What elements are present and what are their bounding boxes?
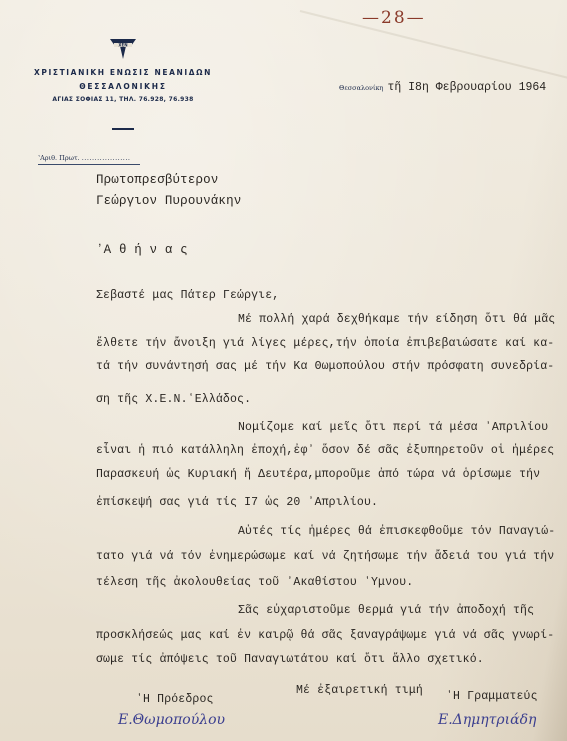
body-line: Μέ πολλή χαρά δεχθήκαμε τήν είδηση ὅτι θ… [238,313,555,326]
protocol-number-field: ʽΑριθ. Πρωτ. ................... [38,154,140,165]
body-line: σωμε τίς ἀπόψεις τοῦ Παναγιωτάτου καί ὅτ… [96,653,484,666]
protocol-dots: ................... [82,154,131,162]
body-line: Νομίζομε καί μεῖς ὅτι περί τά μέσα ʼΑπρι… [238,421,548,434]
salutation: Σεβαστέ μας Πάτερ Γεώργιε, [96,289,279,302]
date-city: Θεσσαλονίκη [339,84,383,92]
recipient-name: Γεώργιον Πυρουνάκην [96,194,241,208]
body-line: Αὐτές τίς ἡμέρες θά ἐπισκεφθοῦμε τόν Παν… [238,525,555,538]
signatory-left-title: ʽΗ Πρόεδρος [136,693,214,706]
body-line: Παρασκευή ὡς Κυριακή ἤ Δευτέρα,μποροῦμε … [96,468,540,481]
body-line: εἶναι ἡ πιό κατάλληλη ἐποχή,ἐφʼ ὅσον δέ … [96,444,554,457]
protocol-label: ʽΑριθ. Πρωτ. [38,154,80,162]
letterhead: ΧΕΝ ΧΡΙΣΤΙΑΝΙΚΗ ΕΝΩΣΙΣ ΝΕΑΝΙΔΩΝ ΘΕΣΣΑΛΟΝ… [28,38,218,106]
recipient-city: ʼΑ θ ή ν α ς [96,243,188,257]
signature-left: Ε.Θωμοπούλου [118,712,225,728]
organization-address: ΑΓΙΑΣ ΣΟΦΙΑΣ 11, ΤΗΛ. 76.928, 76.938 [28,94,218,106]
header-divider [112,128,134,130]
closing: Μέ ἐξαιρετική τιμή [296,684,423,697]
xen-logo-icon: ΧΕΝ [109,38,137,60]
body-line: ἐπίσκεψή σας γιά τίς Ι7 ὡς 20 ʼΑπριλίου. [96,496,378,509]
svg-text:ΧΕΝ: ΧΕΝ [118,43,127,48]
page-number: —28— [362,8,426,28]
body-line: Σᾶς εὐχαριστοῦμε θερμά γιά τήν ἀποδοχή τ… [238,604,534,617]
recipient-title: Πρωτοπρεσβύτερον [96,173,218,187]
signatory-right-title: ʽΗ Γραμματεύς [446,690,538,703]
body-line: τέλεση τῆς ἀκολουθείας τοῦ ʼΑκαθίστου ʽΥ… [96,576,413,589]
organization-name: ΧΡΙΣΤΙΑΝΙΚΗ ΕΝΩΣΙΣ ΝΕΑΝΙΔΩΝ [28,66,218,80]
signature-right: Ε.Δημητριάδη [438,712,536,728]
body-line: τά τήν συνάντησή σας μέ τήν Κα Θωμοπούλο… [96,360,554,373]
date-line: Θεσσαλονίκητῆ Ι8η Φεβρουαρίου 1964 [339,81,546,94]
body-line: ση τῆς Χ.Ε.Ν.ʽΕλλάδος. [96,393,251,406]
body-line: τατο γιά νά τόν ἐνημερώσωμε καί νά ζητήσ… [96,550,554,563]
body-line: ἔλθετε τήν ἄνοιξη γιά λίγες μέρες,τήν ὁπ… [96,337,554,350]
date-text: τῆ Ι8η Φεβρουαρίου 1964 [387,81,546,94]
body-line: προσκλήσεώς μας καί ἐν καιρῷ θά σᾶς ξανα… [96,629,554,642]
organization-city: ΘΕΣΣΑΛΟΝΙΚΗΣ [28,80,218,94]
